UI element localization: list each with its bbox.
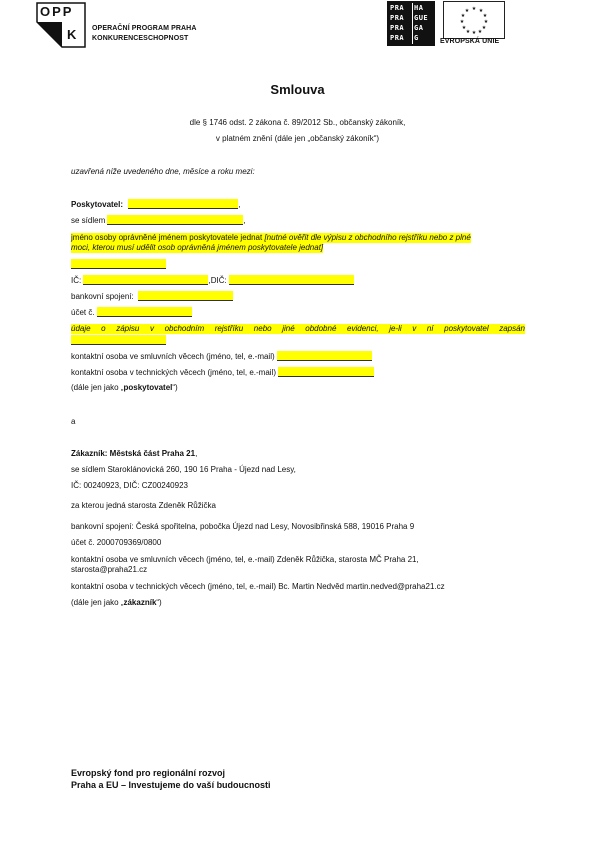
svg-text:★: ★ xyxy=(482,25,487,31)
customer-contact-tech: kontaktní osoba v technických věcech (jm… xyxy=(71,582,445,592)
provider-bank-field[interactable] xyxy=(138,291,233,301)
provider-authorized-line2: moci, kterou musí udělit osob oprávněná … xyxy=(71,243,323,253)
customer-account: účet č. 2000709369/0800 xyxy=(71,538,161,548)
customer-alias: (dále jen jako „zákazník“) xyxy=(71,598,162,608)
customer-name-row: Zákazník: Městská část Praha 21, xyxy=(71,449,197,459)
oppk-letters-top: OPP xyxy=(40,4,73,19)
provider-account-field[interactable] xyxy=(97,307,192,317)
footer-line1: Evropský fond pro regionální rozvoj xyxy=(71,767,271,779)
document-title: Smlouva xyxy=(0,82,595,97)
provider-label: Poskytovatel: xyxy=(71,200,123,209)
svg-text:★: ★ xyxy=(478,29,483,35)
provider-ids-row: IČ: ,DIČ: xyxy=(71,275,354,286)
intro-text: uzavřená níže uvedeného dne, měsíce a ro… xyxy=(71,167,255,177)
provider-authorized-line1: jméno osoby oprávněné jménem poskytovate… xyxy=(71,233,471,243)
dic-label: ,DIČ: xyxy=(208,276,226,285)
provider-ic-field[interactable] xyxy=(83,275,208,285)
customer-contact-contract-email: starosta@praha21.cz xyxy=(71,565,147,575)
provider-dic-field[interactable] xyxy=(229,275,354,285)
provider-name-field[interactable] xyxy=(128,199,238,209)
provider-account-row: účet č. xyxy=(71,307,192,318)
eu-label: EVROPSKÁ UNIE xyxy=(440,38,499,45)
provider-registry-field[interactable] xyxy=(71,335,166,345)
conjunction-and: a xyxy=(71,417,75,427)
provider-contact-tech-field[interactable] xyxy=(278,367,374,377)
svg-text:★: ★ xyxy=(472,30,477,36)
oppk-program-name: OPERAČNÍ PROGRAM PRAHA KONKURENCESCHOPNO… xyxy=(92,24,196,44)
provider-contact-contract-field[interactable] xyxy=(277,351,372,361)
provider-contact-contract-row: kontaktní osoba ve smluvních věcech (jmé… xyxy=(71,351,372,362)
bank-label: bankovní spojení: xyxy=(71,292,134,301)
provider-authorized-field[interactable] xyxy=(71,259,166,269)
eu-stars-icon: ★★★ ★★★ ★★★ ★★★ xyxy=(444,2,504,38)
eu-flag-logo: ★★★ ★★★ ★★★ ★★★ xyxy=(443,1,505,39)
customer-contact-contract-line1: kontaktní osoba ve smluvních věcech (jmé… xyxy=(71,555,419,565)
svg-text:★: ★ xyxy=(462,25,467,31)
provider-registry-note: údaje o zápisu v obchodním rejstříku neb… xyxy=(71,324,525,334)
provider-seat-label: se sídlem xyxy=(71,216,105,225)
provider-seat-row: se sídlem , xyxy=(71,215,246,226)
customer-bank: bankovní spojení: Česká spořitelna, pobo… xyxy=(71,522,414,532)
document-subtitle-line2: v platném znění (dále jen „občanský záko… xyxy=(0,134,595,144)
ic-label: IČ: xyxy=(71,276,81,285)
provider-alias: (dále jen jako „poskytovatel“) xyxy=(71,383,178,393)
customer-seat: se sídlem Staroklánovická 260, 190 16 Pr… xyxy=(71,465,296,475)
document-subtitle-line1: dle § 1746 odst. 2 zákona č. 89/2012 Sb.… xyxy=(0,118,595,128)
svg-text:★: ★ xyxy=(460,19,465,25)
account-label: účet č. xyxy=(71,308,95,317)
footer: Evropský fond pro regionální rozvoj Prah… xyxy=(71,767,271,791)
footer-line2: Praha a EU – Investujeme do vaší budoucn… xyxy=(71,779,271,791)
svg-text:★: ★ xyxy=(466,29,471,35)
oppk-logo: OPP K xyxy=(36,2,86,48)
provider-seat-field[interactable] xyxy=(107,215,243,225)
customer-representative: za kterou jedná starosta Zdeněk Růžička xyxy=(71,501,216,511)
praha-logo: PRAHA PRAGUE PRAGA PRAG xyxy=(387,1,435,46)
provider-contact-tech-row: kontaktní osoba v technických věcech (jm… xyxy=(71,367,374,378)
provider-bank-row: bankovní spojení: xyxy=(71,291,233,302)
oppk-letter-k: K xyxy=(67,27,76,42)
svg-text:★: ★ xyxy=(465,8,470,14)
provider-name-row: Poskytovatel: , xyxy=(71,199,241,210)
svg-text:★: ★ xyxy=(472,6,477,12)
customer-ids: IČ: 00240923, DIČ: CZ00240923 xyxy=(71,481,188,491)
